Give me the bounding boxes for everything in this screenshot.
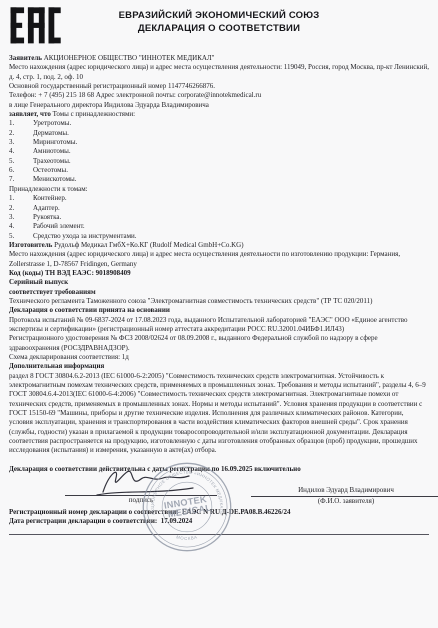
declaration-scheme: Схема декларирования соответствия: 1д bbox=[9, 353, 429, 362]
item-number: 6. bbox=[9, 166, 33, 175]
registration-certificate: Регистрационного удостоверения № ФСЗ 200… bbox=[9, 334, 429, 353]
item-number: 5. bbox=[9, 157, 33, 166]
item-text: Рукоятка. bbox=[33, 213, 61, 222]
svg-text:МОСКВА: МОСКВА bbox=[176, 534, 199, 541]
product-item: 1.Уретротомы. bbox=[9, 119, 429, 128]
applicant-representative: в лице Генерального директора Индилова Э… bbox=[9, 101, 429, 110]
basis-heading-text: Декларация о соответствии принята на осн… bbox=[9, 306, 170, 314]
item-text: Миринготомы. bbox=[33, 138, 77, 147]
item-number: 7. bbox=[9, 175, 33, 184]
item-number: 2. bbox=[9, 204, 33, 213]
manufacturer-label: Изготовитель bbox=[9, 241, 52, 249]
accessories-heading: Принадлежности к томам: bbox=[9, 185, 429, 194]
registration-date-label: Дата регистрации декларации о соответств… bbox=[9, 517, 157, 525]
fio-caption: (Ф.И.О. заявителя) bbox=[251, 497, 438, 507]
product-item: 2.Дерматомы. bbox=[9, 129, 429, 138]
product-item: 3.Миринготомы. bbox=[9, 138, 429, 147]
additional-info-text: раздел 8 ГОСТ 30804.6.2-2013 (IEC 61000-… bbox=[9, 372, 429, 456]
product-item: 4.Амниотомы. bbox=[9, 147, 429, 156]
compliance-heading-text: соответствует требованиям bbox=[9, 288, 96, 296]
test-protocol: Протокола испытаний № 09-6837-2024 от 17… bbox=[9, 316, 429, 335]
item-number: 2. bbox=[9, 129, 33, 138]
item-number: 3. bbox=[9, 213, 33, 222]
item-number: 1. bbox=[9, 194, 33, 203]
accessory-item: 5.Средство ухода за инструментами. bbox=[9, 232, 429, 241]
manufacturer-address: Место нахождения (адрес юридического лиц… bbox=[9, 250, 429, 269]
additional-info-heading-text: Дополнительная информация bbox=[9, 362, 104, 370]
compliance-heading: соответствует требованиям bbox=[9, 288, 429, 297]
applicant-address: Место нахождения (адрес юридического лиц… bbox=[9, 63, 429, 82]
company-stamp: АКЦИОНЕРНОЕ ОБЩЕСТВО «ИННОТЕК МЕДИКАЛ» М… bbox=[141, 461, 233, 558]
document-header: ЕВРАЗИЙСКИЙ ЭКОНОМИЧЕСКИЙ СОЮЗ ДЕКЛАРАЦИ… bbox=[0, 0, 438, 35]
eac-logo-icon bbox=[8, 6, 62, 51]
applicant-fio: Индилов Эдуард Владимирович bbox=[251, 475, 438, 497]
item-text: Средство ухода за инструментами. bbox=[33, 232, 137, 241]
document-body: Заявитель АКЦИОНЕРНОЕ ОБЩЕСТВО "ИННОТЕК … bbox=[9, 54, 429, 527]
item-number: 1. bbox=[9, 119, 33, 128]
product-name: Томы с принадлежностями: bbox=[53, 110, 136, 118]
accessory-item: 4.Рабочий элемент. bbox=[9, 222, 429, 231]
item-text: Рабочий элемент. bbox=[33, 222, 85, 231]
additional-info-heading: Дополнительная информация bbox=[9, 362, 429, 371]
item-number: 4. bbox=[9, 147, 33, 156]
applicant-name: АКЦИОНЕРНОЕ ОБЩЕСТВО "ИННОТЕК МЕДИКАЛ" bbox=[44, 54, 215, 62]
stamp-city-text: МОСКВА bbox=[176, 534, 199, 541]
tnved-code: Код (коды) ТН ВЭД ЕАЭС: 9018908409 bbox=[9, 269, 429, 278]
applicant-contacts: Телефон: + 7 (495) 215 18 68 Адрес элект… bbox=[9, 91, 429, 100]
item-number: 3. bbox=[9, 138, 33, 147]
fio-area: Индилов Эдуард Владимирович (Ф.И.О. заяв… bbox=[251, 475, 438, 507]
product-item: 6.Остеотомы. bbox=[9, 166, 429, 175]
item-text: Остеотомы. bbox=[33, 166, 68, 175]
declaration-document: ЕВРАЗИЙСКИЙ ЭКОНОМИЧЕСКИЙ СОЮЗ ДЕКЛАРАЦИ… bbox=[0, 0, 438, 628]
accessory-item: 1.Контейнер. bbox=[9, 194, 429, 203]
manufacturer-name: Рудольф Медикал ГмбХ+Ко.КГ (Rudolf Medic… bbox=[54, 241, 243, 249]
applicant-label: Заявитель bbox=[9, 54, 42, 62]
union-title: ЕВРАЗИЙСКИЙ ЭКОНОМИЧЕСКИЙ СОЮЗ bbox=[0, 9, 438, 22]
item-text: Адаптер. bbox=[33, 204, 60, 213]
item-text: Уретротомы. bbox=[33, 119, 71, 128]
document-title: ДЕКЛАРАЦИЯ О СООТВЕТСТВИИ bbox=[0, 22, 438, 35]
item-text: Трахеотомы. bbox=[33, 157, 71, 166]
declares-label: заявляет, что bbox=[9, 110, 51, 118]
issue-type: Серийный выпуск bbox=[9, 278, 429, 287]
product-item: 7.Менискотомы. bbox=[9, 175, 429, 184]
basis-heading: Декларация о соответствии принята на осн… bbox=[9, 306, 429, 315]
declaration-subject: заявляет, что Томы с принадлежностями: bbox=[9, 110, 429, 119]
accessory-item: 3.Рукоятка. bbox=[9, 213, 429, 222]
item-text: Контейнер. bbox=[33, 194, 67, 203]
item-number: 4. bbox=[9, 222, 33, 231]
accessory-item: 2.Адаптер. bbox=[9, 204, 429, 213]
regulation-text: Технического регламента Таможенного союз… bbox=[9, 297, 429, 306]
item-text: Амниотомы. bbox=[33, 147, 71, 156]
product-item: 5.Трахеотомы. bbox=[9, 157, 429, 166]
item-text: Дерматомы. bbox=[33, 129, 69, 138]
issue-type-text: Серийный выпуск bbox=[9, 278, 68, 286]
tnved-code-text: Код (коды) ТН ВЭД ЕАЭС: 9018908409 bbox=[9, 269, 131, 277]
item-text: Менискотомы. bbox=[33, 175, 77, 184]
applicant-line: Заявитель АКЦИОНЕРНОЕ ОБЩЕСТВО "ИННОТЕК … bbox=[9, 54, 429, 63]
applicant-ogrn: Основной государственный регистрационный… bbox=[9, 82, 429, 91]
manufacturer-line: Изготовитель Рудольф Медикал ГмбХ+Ко.КГ … bbox=[9, 241, 429, 250]
item-number: 5. bbox=[9, 232, 33, 241]
